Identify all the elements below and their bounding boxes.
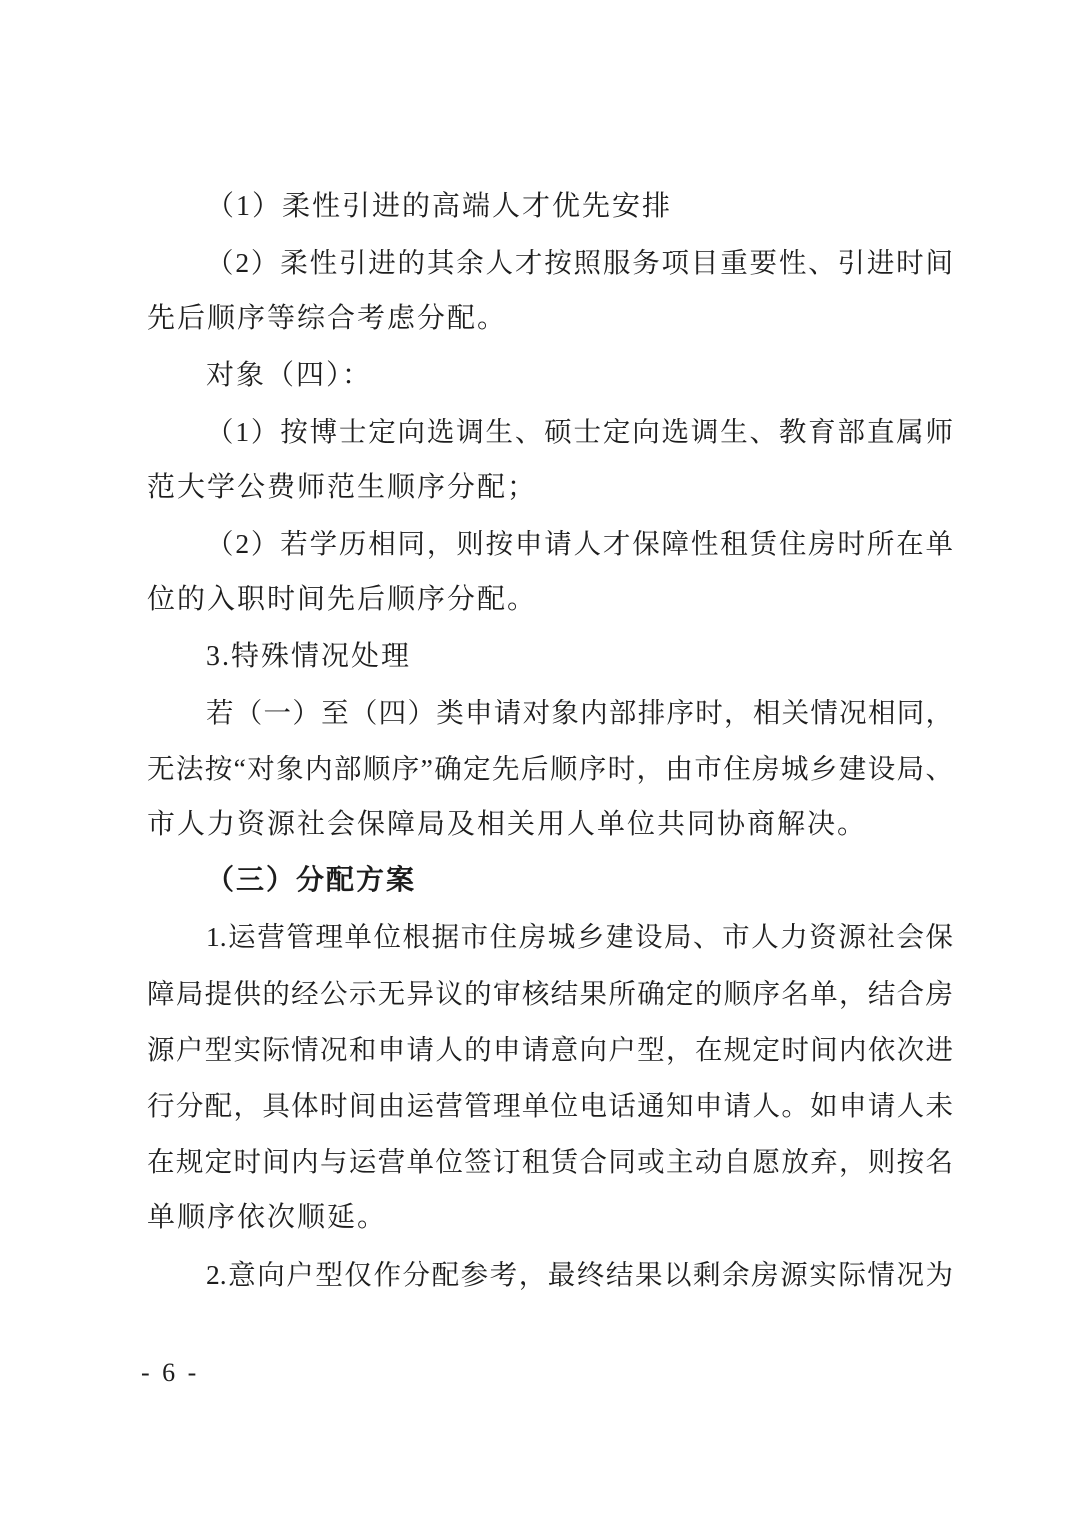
doc-line: （2）柔性引进的其余人才按照服务项目重要性、引进时间	[147, 235, 953, 291]
doc-line: （1）按博士定向选调生、硕士定向选调生、教育部直属师	[147, 404, 953, 460]
doc-line: 范大学公费师范生顺序分配；	[147, 460, 953, 516]
doc-line: 源户型实际情况和申请人的申请意向户型，在规定时间内依次进	[147, 1022, 953, 1078]
doc-line: （2）若学历相同，则按申请人才保障性租赁住房时所在单	[147, 516, 953, 572]
doc-line: 2.意向户型仅作分配参考，最终结果以剩余房源实际情况为	[147, 1247, 953, 1303]
section-heading: （三）分配方案	[147, 853, 953, 909]
doc-line: （1）柔性引进的高端人才优先安排	[147, 179, 953, 235]
doc-line: 在规定时间内与运营单位签订租赁合同或主动自愿放弃，则按名	[147, 1134, 953, 1190]
doc-line: 1.运营管理单位根据市住房城乡建设局、市人力资源社会保	[147, 909, 953, 965]
doc-line: 位的入职时间先后顺序分配。	[147, 572, 953, 628]
doc-line: 3.特殊情况处理	[147, 629, 953, 685]
doc-line: 市人力资源社会保障局及相关用人单位共同协商解决。	[147, 797, 953, 853]
doc-line: 若（一）至（四）类申请对象内部排序时，相关情况相同，	[147, 685, 953, 741]
doc-line: 行分配，具体时间由运营管理单位电话通知申请人。如申请人未	[147, 1078, 953, 1134]
document-page: （1）柔性引进的高端人才优先安排 （2）柔性引进的其余人才按照服务项目重要性、引…	[0, 0, 1074, 1520]
page-number: - 6 -	[141, 1358, 199, 1388]
doc-line: 障局提供的经公示无异议的审核结果所确定的顺序名单，结合房	[147, 966, 953, 1022]
document-body: （1）柔性引进的高端人才优先安排 （2）柔性引进的其余人才按照服务项目重要性、引…	[147, 179, 953, 1303]
doc-line: 单顺序依次顺延。	[147, 1190, 953, 1246]
doc-line: 对象（四）：	[147, 348, 953, 404]
doc-line: 无法按“对象内部顺序”确定先后顺序时，由市住房城乡建设局、	[147, 741, 953, 797]
doc-line: 先后顺序等综合考虑分配。	[147, 291, 953, 347]
